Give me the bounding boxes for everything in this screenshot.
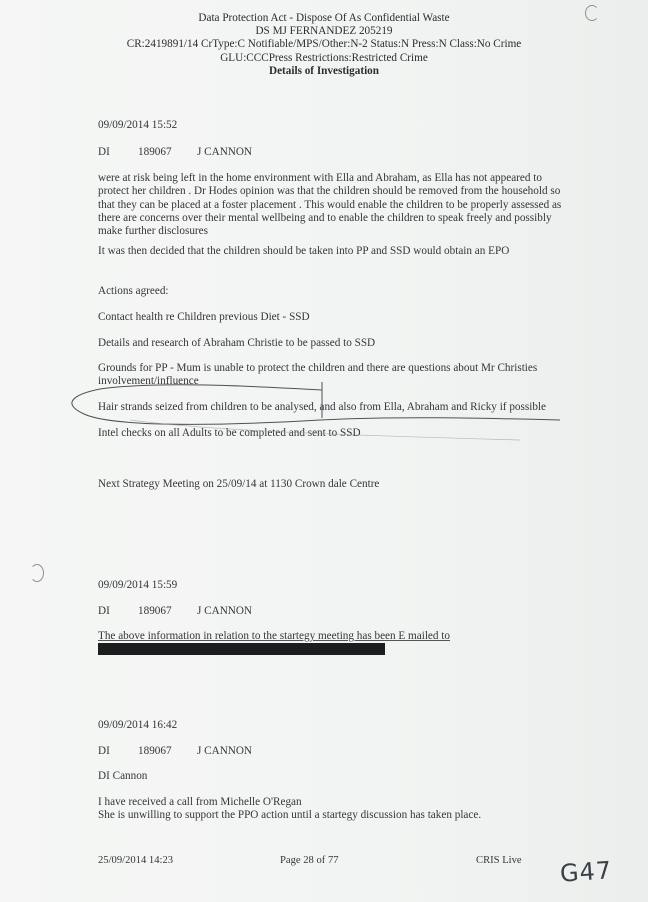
document-page: Data Protection Act - Dispose Of As Conf… <box>0 0 648 902</box>
handwritten-circle-annotation <box>0 0 648 902</box>
